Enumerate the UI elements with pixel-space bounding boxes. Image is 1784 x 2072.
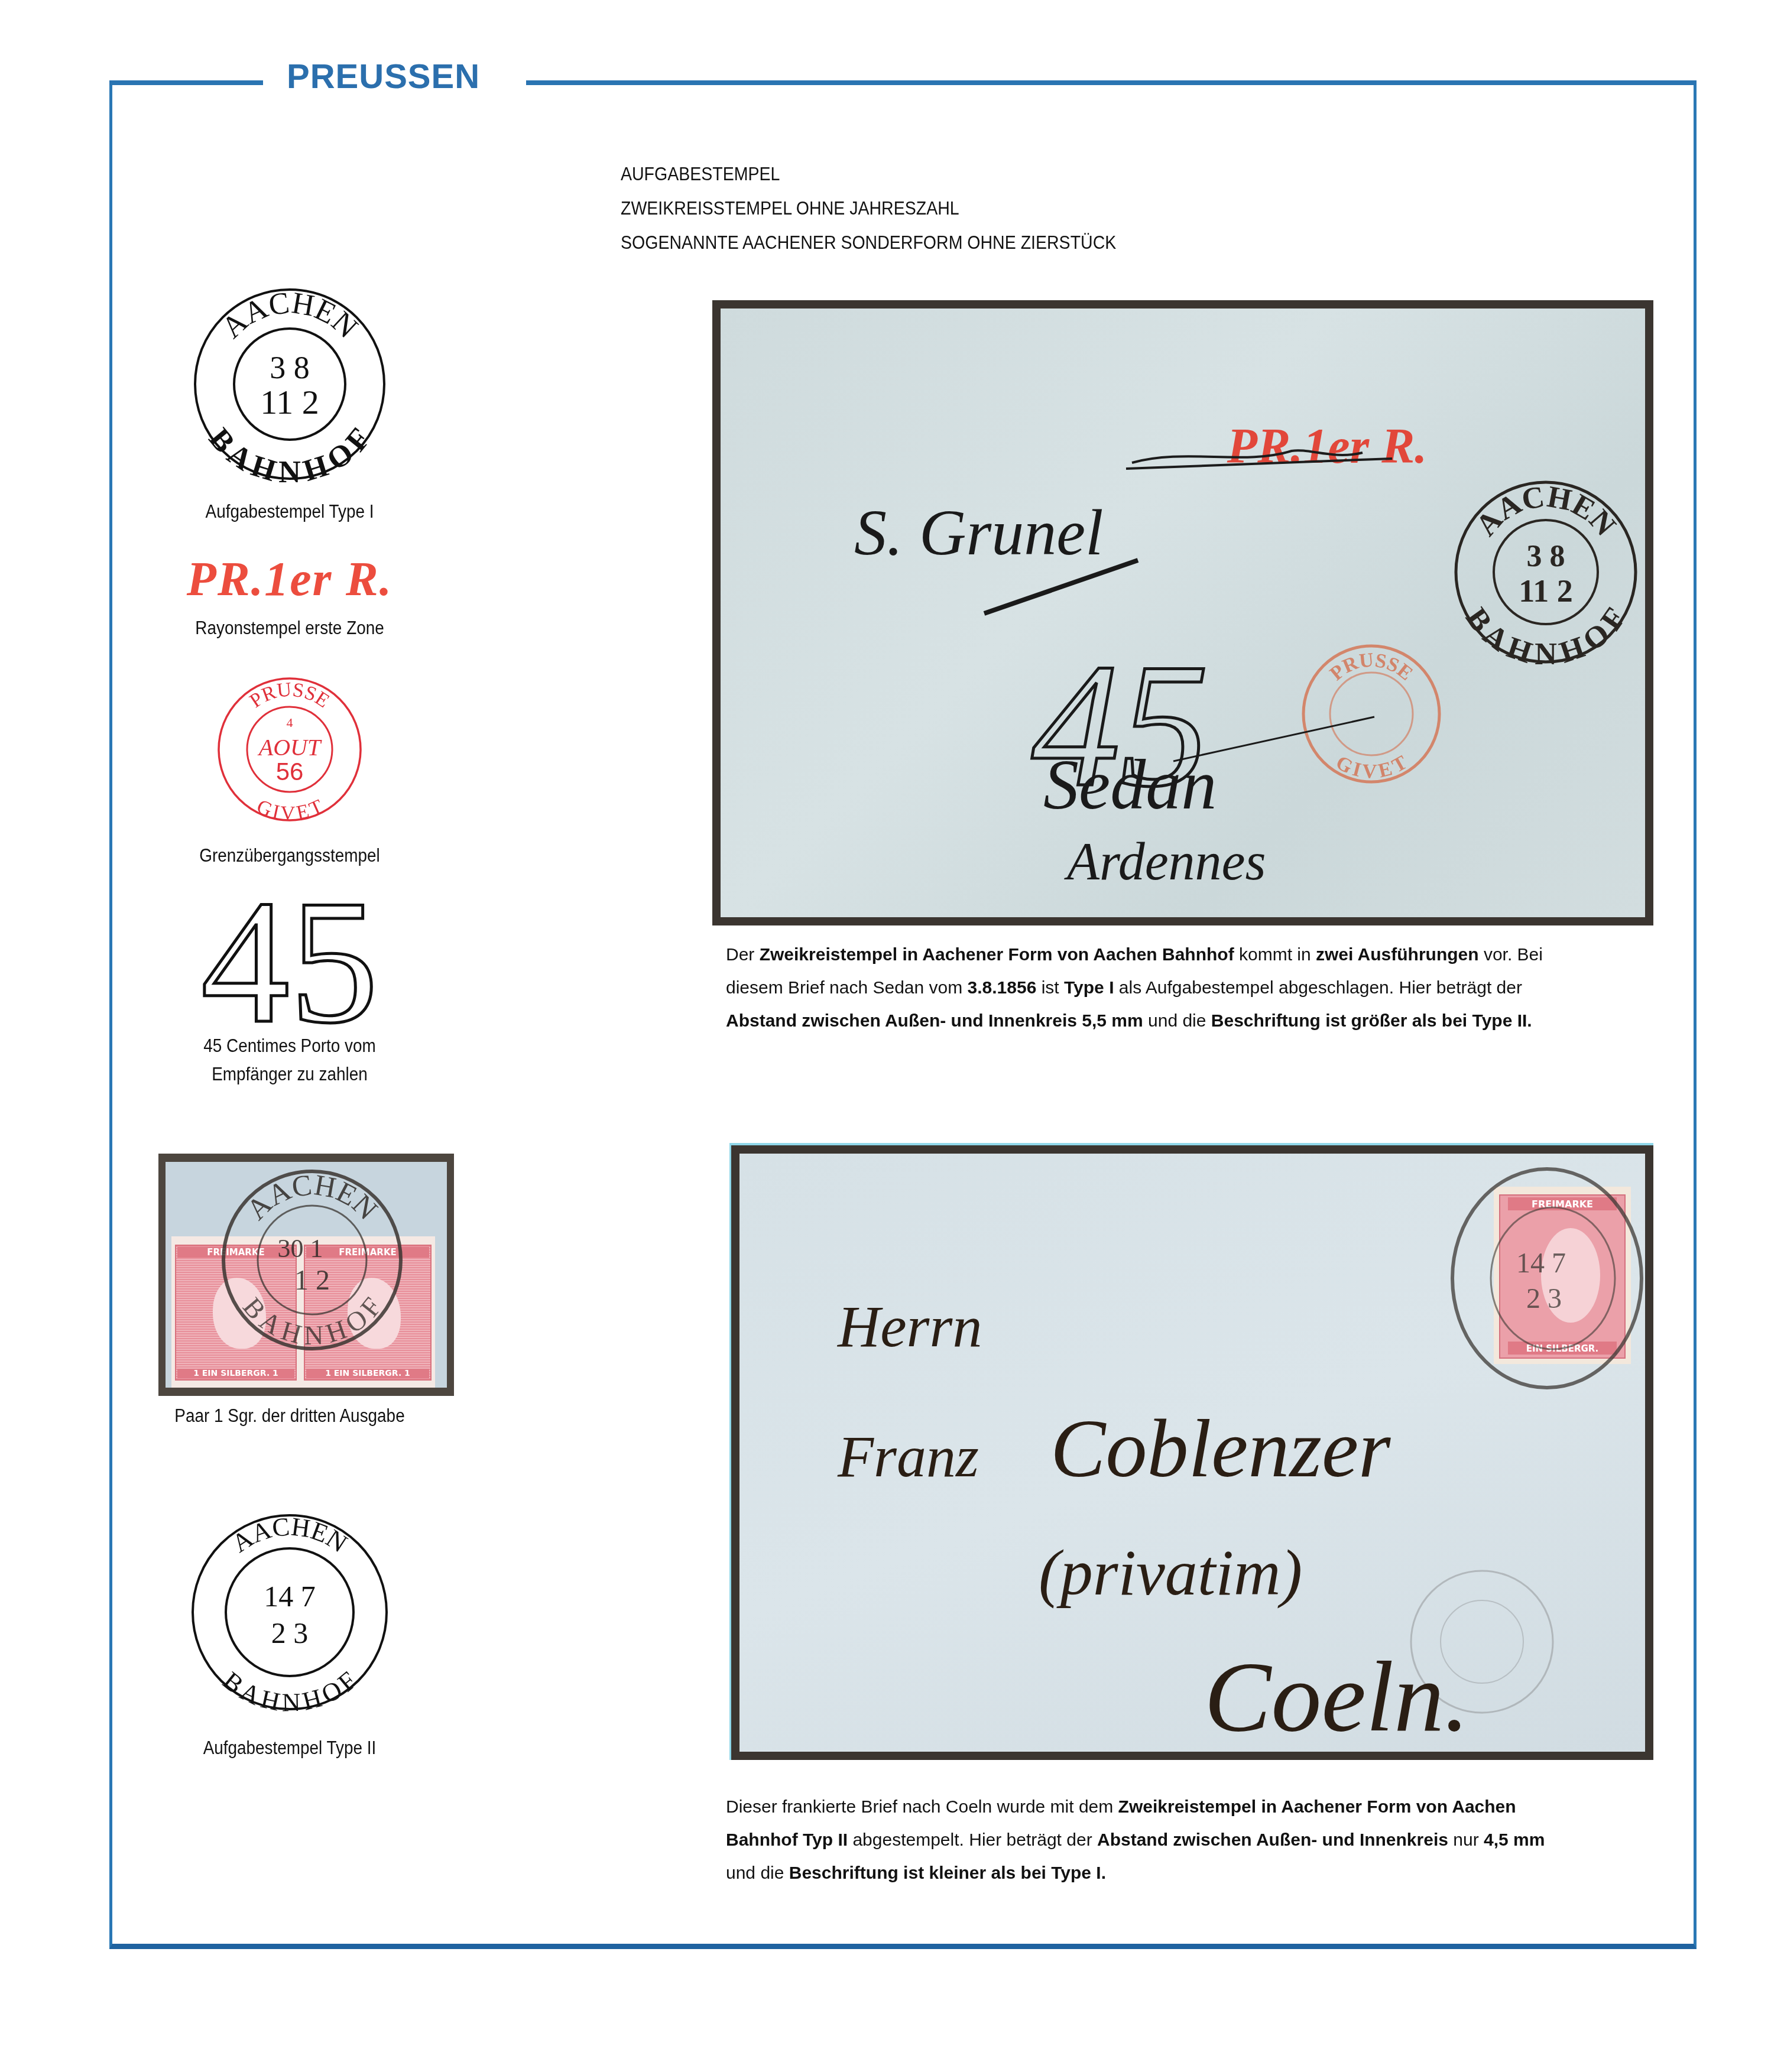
svg-text:Herrn: Herrn xyxy=(836,1294,982,1359)
svg-text:2 3: 2 3 xyxy=(271,1616,309,1649)
description-line: und die Beschriftung ist kleiner als bei… xyxy=(726,1857,1648,1890)
svg-text:2 3: 2 3 xyxy=(1526,1283,1562,1314)
svg-text:56: 56 xyxy=(276,758,304,785)
svg-text:S. Grunel: S. Grunel xyxy=(854,496,1104,569)
svg-text:3 8: 3 8 xyxy=(1527,540,1565,573)
caption-porto-1: 45 Centimes Porto vom xyxy=(151,1032,428,1060)
svg-text:AACHEN: AACHEN xyxy=(215,286,364,345)
description-line: diesem Brief nach Sedan vom 3.8.1856 ist… xyxy=(726,972,1648,1005)
svg-text:AACHEN: AACHEN xyxy=(1470,480,1623,543)
postmark-type-2-figure: AACHEN BAHNHOF 14 7 2 3 Aufgabestempel T… xyxy=(136,1512,443,1762)
cover-coeln-description: Dieser frankierte Brief nach Coeln wurde… xyxy=(726,1791,1648,1890)
svg-text:GIVET: GIVET xyxy=(254,795,326,825)
svg-text:Ardennes: Ardennes xyxy=(1064,833,1266,891)
svg-text:14 7: 14 7 xyxy=(264,1580,316,1613)
postmark-type-2-icon: AACHEN BAHNHOF 14 7 2 3 xyxy=(189,1512,390,1713)
svg-text:AACHEN: AACHEN xyxy=(227,1512,353,1558)
border-postmark-icon: PRUSSE GIVET 4 AOUT 56 xyxy=(213,673,366,826)
svg-text:AACHEN: AACHEN xyxy=(240,1168,384,1226)
svg-text:11 2: 11 2 xyxy=(1519,573,1573,609)
caption-porto-2: Empfänger zu zahlen xyxy=(151,1060,428,1089)
svg-text:14 7: 14 7 xyxy=(1516,1248,1566,1279)
description-line: Abstand zwischen Außen- und Innenkreis 5… xyxy=(726,1005,1648,1038)
caption-type-1: Aufgabestempel Type I xyxy=(151,498,428,526)
svg-text:Coeln.: Coeln. xyxy=(1204,1641,1470,1752)
cover-sedan: PR.1er R. AACHEN BAHNHOF 3 8 11 2 S. Gru… xyxy=(712,300,1653,925)
cover-coeln-markings: FREIMARKE EIN SILBERGR. 14 7 2 3 Herrn F… xyxy=(731,1145,1653,1760)
cover-coeln: FREIMARKE EIN SILBERGR. 14 7 2 3 Herrn F… xyxy=(729,1143,1653,1760)
cancel-postmark-icon: AACHEN BAHNHOF 30 1 1 2 xyxy=(158,1154,454,1396)
svg-text:3 8: 3 8 xyxy=(270,350,310,385)
cover-sedan-description: Der Zweikreistempel in Aachener Form von… xyxy=(726,938,1648,1038)
caption-pair: Paar 1 Sgr. der dritten Ausgabe xyxy=(151,1402,428,1430)
stamp-pair-figure: FREIMARKE 1 EIN SILBERGR. 1 FREIMARKE 1 … xyxy=(158,1154,454,1396)
header-line: ZWEIKREISSTEMPEL OHNE JAHRESZAHL xyxy=(621,191,1116,226)
svg-text:BAHNHOF: BAHNHOF xyxy=(202,422,377,485)
rayon-stamp-figure: PR.1er R. Rayonstempel erste Zone xyxy=(136,553,443,642)
svg-text:30 1: 30 1 xyxy=(278,1234,323,1263)
caption-type-2: Aufgabestempel Type II xyxy=(151,1734,428,1762)
frame-top-rule-right xyxy=(526,80,1697,85)
frame-top-rule-left xyxy=(109,80,263,85)
description-line: Der Zweikreistempel in Aachener Form von… xyxy=(726,938,1648,972)
svg-text:BAHNHOF: BAHNHOF xyxy=(237,1292,387,1351)
description-line: Dieser frankierte Brief nach Coeln wurde… xyxy=(726,1791,1648,1824)
svg-text:Franz: Franz xyxy=(837,1424,979,1489)
caption-rayon: Rayonstempel erste Zone xyxy=(151,614,428,642)
description-line: Bahnhof Typ II abgestempelt. Hier beträg… xyxy=(726,1824,1648,1857)
svg-text:45: 45 xyxy=(201,886,378,1028)
rayon-stamp-icon: PR.1er R. xyxy=(136,553,443,606)
pair-caption-wrap: Paar 1 Sgr. der dritten Ausgabe xyxy=(136,1402,443,1430)
porto-45-icon: 45 xyxy=(195,886,384,1028)
svg-text:PR.1er R.: PR.1er R. xyxy=(1227,419,1427,474)
svg-text:Coblenzer: Coblenzer xyxy=(1050,1403,1391,1495)
svg-text:45: 45 xyxy=(1032,627,1209,823)
cover-sedan-markings: PR.1er R. AACHEN BAHNHOF 3 8 11 2 S. Gru… xyxy=(712,300,1653,925)
svg-text:BAHNHOF: BAHNHOF xyxy=(218,1666,362,1713)
svg-text:1 2: 1 2 xyxy=(294,1265,330,1296)
postmark-type-1-figure: AACHEN BAHNHOF 3 8 11 2 Aufgabestempel T… xyxy=(136,284,443,526)
svg-text:(privatim): (privatim) xyxy=(1039,1537,1302,1609)
header-line: SOGENANNTE AACHENER SONDERFORM OHNE ZIER… xyxy=(621,226,1116,260)
postmark-type-1-icon: AACHEN BAHNHOF 3 8 11 2 xyxy=(189,284,390,485)
svg-text:4: 4 xyxy=(287,715,293,730)
page-title: PREUSSEN xyxy=(287,57,480,96)
svg-text:11 2: 11 2 xyxy=(260,383,319,421)
svg-text:AOUT: AOUT xyxy=(257,734,322,761)
header-line: AUFGABESTEMPEL xyxy=(621,157,1116,191)
section-header: AUFGABESTEMPEL ZWEIKREISSTEMPEL OHNE JAH… xyxy=(621,157,1159,260)
border-postmark-figure: PRUSSE GIVET 4 AOUT 56 Grenzübergangsste… xyxy=(136,673,443,870)
caption-border: Grenzübergangsstempel xyxy=(151,842,428,870)
svg-text:BAHNHOF: BAHNHOF xyxy=(1459,602,1633,671)
porto-figure: 45 45 Centimes Porto vom Empfänger zu za… xyxy=(136,886,443,1089)
